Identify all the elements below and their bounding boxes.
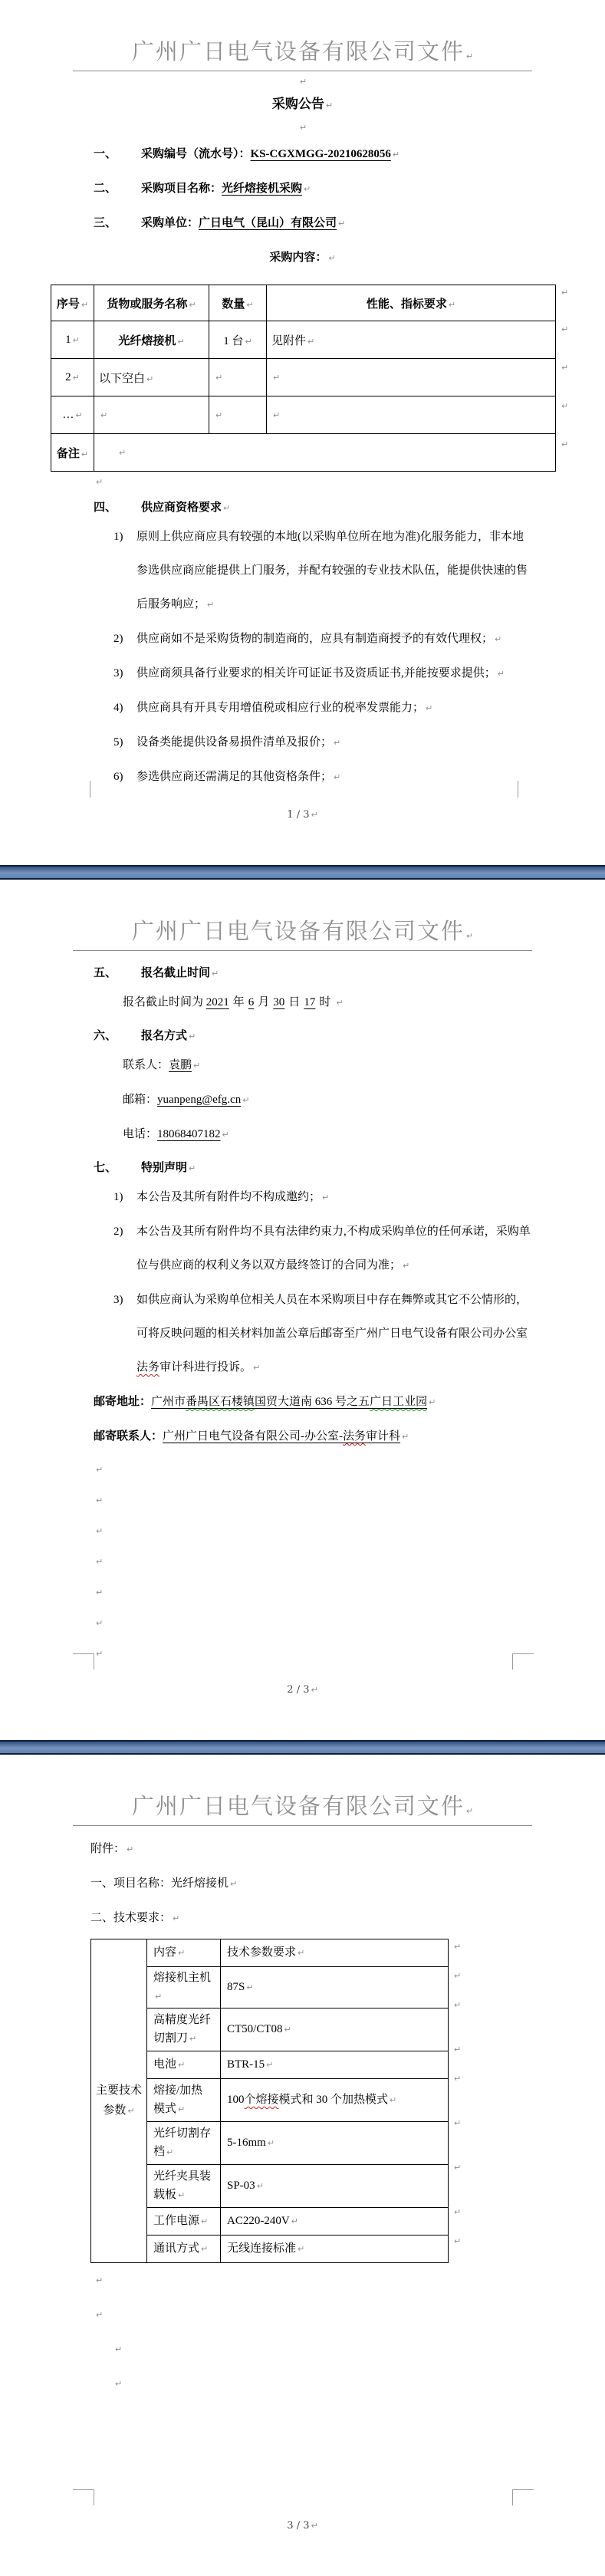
pilcrow-mark: ↵ [300, 72, 307, 92]
pilcrow-mark: ↵ [115, 2367, 122, 2401]
header-text: 数量 [222, 298, 245, 311]
pilcrow-mark: ↵ [466, 51, 473, 61]
empty-paragraph: ↵ [0, 2367, 605, 2401]
mail-contact-line: 邮寄联系人：广州广日电气设备有限公司-办公室-法务审计科↵ [0, 1420, 605, 1454]
pilcrow-mark: ↵ [268, 2134, 275, 2153]
list-number: 6) [113, 760, 123, 794]
pilcrow-mark: ↵ [253, 1351, 260, 1385]
header-text: 序号 [57, 298, 80, 311]
pilcrow-mark: ↵ [561, 400, 568, 438]
pilcrow-mark: ↵ [245, 337, 252, 347]
pilcrow-mark: ↵ [454, 2235, 461, 2264]
qualification-item: 1)原则上供应商应具有较强的本地(以采购单位所在地为准)化服务能力，非本地参选供… [0, 520, 605, 622]
section-title: 供应商资格要求 [141, 502, 222, 514]
pilcrow-mark: ↵ [322, 1181, 329, 1215]
cell-text: 见附件 [271, 335, 306, 347]
list-text: 供应商须具备行业要求的相关许可证证书及资质证书,并能按要求提供； [136, 667, 496, 679]
empty-paragraph: ↵ [0, 1607, 605, 1638]
pilcrow-mark: ↵ [178, 2186, 185, 2205]
company-title: 广州广日电气设备有限公司文件 [132, 920, 465, 944]
deadline-month: 6 [248, 996, 255, 1008]
section-ordinal: 四、 [94, 496, 141, 519]
list-text: 设备类能提供设备易损件清单及报价； [136, 736, 332, 748]
pilcrow-mark: ↵ [338, 207, 345, 241]
section4-heading: 四、供应商资格要求↵ [0, 496, 605, 520]
deadline-year: 2021 [206, 996, 229, 1008]
pilcrow-mark: ↵ [298, 1944, 304, 1962]
email-line: 邮箱：yuanpeng@efg.cn↵ [0, 1083, 605, 1117]
pilcrow-mark: ↵ [222, 1118, 229, 1152]
empty-paragraph: ↵ [0, 1454, 605, 1485]
pilcrow-mark: ↵ [215, 410, 222, 420]
tech-label-cell: 高精度光纤切割刀↵ [147, 2008, 221, 2051]
phone-line: 电话：18068407182↵ [0, 1117, 605, 1152]
tech-value-cell: 87S↵ [221, 1967, 449, 2008]
tech-label-cell: 内容↵ [147, 1939, 221, 1967]
deadline-hour: 17 [304, 996, 315, 1008]
pilcrow-mark: ↵ [300, 118, 307, 138]
cell-text: 无线连接标准 [227, 2242, 296, 2255]
deadline-day: 30 [273, 996, 284, 1008]
pilcrow-mark: ↵ [273, 373, 280, 383]
project-name-value: 光纤熔接机采购 [222, 183, 302, 195]
list-text: 供应商如不是采购货物的制造商的，应具有制造商授予的有效代理权； [136, 633, 493, 645]
empty-paragraph: ↵ [0, 1485, 605, 1515]
cell-text: 内容 [153, 1946, 176, 1959]
pilcrow-mark: ↵ [96, 472, 103, 492]
document-page-1: 广州广日电气设备有限公司文件↵ ↵ 采购公告↵ ↵ 一、采购编号（流水号）：KS… [0, 0, 605, 865]
cell-text: CT50/CT08 [227, 2023, 283, 2035]
pilcrow-mark: ↵ [454, 2117, 461, 2161]
document-page-2: 广州广日电气设备有限公司文件↵ 五、报名截止时间↵ 报名截止时间为 2021年6… [0, 880, 605, 1740]
contact-part-flagged: 法务 [343, 1430, 366, 1443]
purchaser-line: 三、采购单位：广日电气（昆山）有限公司↵ [0, 206, 605, 241]
qualification-item: 2)供应商如不是采购货物的制造商的，应具有制造商授予的有效代理权；↵ [0, 622, 605, 656]
pilcrow-mark: ↵ [212, 962, 219, 985]
address-part: 广州市 [151, 1396, 186, 1408]
address-part: 国贸大道南 636 号之五 [255, 1396, 370, 1408]
pilcrow-mark: ↵ [193, 1049, 200, 1083]
phone-value: 18068407182 [157, 1128, 221, 1140]
page-number: 1 / 3 [287, 809, 309, 821]
qualification-item: 3)供应商须具备行业要求的相关许可证证书及资质证书,并能按要求提供；↵ [0, 656, 605, 691]
pilcrow-mark: ↵ [146, 374, 153, 384]
pilcrow-mark: ↵ [127, 1833, 133, 1867]
empty-paragraph: ↵ [0, 2298, 605, 2332]
empty-paragraph: ↵ [0, 2332, 605, 2367]
attachment-item2-line: 二、技术要求：↵ [0, 1901, 605, 1936]
pilcrow-mark: ↵ [127, 2101, 134, 2121]
pilcrow-mark: ↵ [403, 1249, 409, 1283]
pilcrow-mark: ↵ [96, 1516, 103, 1547]
tech-value-cell: 技术参数要求↵ [221, 1939, 449, 1967]
empty-paragraph: ↵ [0, 1515, 605, 1546]
pilcrow-mark: ↵ [454, 2206, 461, 2235]
header-text: 货物或服务名称 [107, 298, 187, 311]
cell-text: 以下空白 [99, 373, 145, 385]
attachment-item1-line: 一、项目名称：光纤熔接机↵ [0, 1867, 605, 1901]
pilcrow-mark: ↵ [75, 410, 82, 420]
empty-paragraph: ↵ [0, 71, 605, 91]
margin-mark [518, 781, 518, 798]
contact-part: 广州广日电气设备有限公司-办公室- [163, 1430, 343, 1443]
pilcrow-mark: ↵ [311, 810, 317, 820]
pilcrow-mark: ↵ [207, 588, 214, 622]
list-text: 本公告及其所有附件均不具有法律约束力,不构成采购单位的任何承诺，采购单位与供应商… [136, 1225, 531, 1272]
item-label: 技术要求： [113, 1912, 171, 1924]
section-ordinal: 七、 [94, 1156, 141, 1179]
section5-heading: 五、报名截止时间↵ [0, 962, 605, 985]
deadline-month-unit: 月 [258, 996, 269, 1008]
pilcrow-mark: ↵ [246, 1979, 253, 1997]
cell-text: 工作电源 [153, 2215, 199, 2227]
pilcrow-mark: ↵ [284, 2021, 291, 2039]
table-note-row: 备注↵ ↵ [51, 434, 556, 472]
tech-value-cell: 100个熔接模式和 30 个加热模式↵ [221, 2079, 449, 2122]
pilcrow-mark: ↵ [96, 1608, 103, 1639]
empty-paragraph: ↵ [0, 1577, 605, 1607]
company-title: 广州广日电气设备有限公司文件 [132, 1795, 465, 1819]
tech-label-cell: 熔接机主机↵ [147, 1967, 221, 2008]
pilcrow-mark: ↵ [173, 1902, 179, 1936]
col-header-no: 序号↵ [51, 285, 94, 321]
section-title: 报名截止时间 [141, 967, 210, 979]
pilcrow-mark: ↵ [230, 1867, 237, 1901]
pilcrow-mark: ↵ [291, 2212, 298, 2231]
table-header-row: 序号↵ 货物或服务名称↵ 数量↵ 性能、指标要求↵ [51, 285, 556, 321]
note-value-cell: ↵ [94, 434, 556, 472]
cell-spec: 见附件↵ [267, 321, 556, 359]
pilcrow-mark: ↵ [393, 138, 399, 172]
item-label: 采购单位： [141, 217, 199, 229]
side-header-text: 主要技术参数 [96, 2084, 142, 2117]
pilcrow-mark: ↵ [119, 448, 126, 458]
content-heading: 采购内容： [269, 252, 327, 264]
header-text: 性能、指标要求 [367, 298, 447, 311]
pilcrow-mark: ↵ [498, 657, 505, 691]
pilcrow-mark: ↵ [304, 173, 311, 206]
list-number: 3) [113, 1283, 123, 1317]
letterhead: 广州广日电气设备有限公司文件↵ [73, 38, 532, 71]
cell-text [99, 446, 108, 459]
tech-side-header-cell: 主要技术参数↵ [91, 1939, 147, 2263]
cell-text: 通讯方式 [153, 2242, 199, 2255]
empty-paragraph: ↵ [0, 1546, 605, 1577]
list-text: 供应商具有开具专用增值税或相应行业的税率发票能力； [136, 702, 424, 714]
cell-text: 技术参数要求 [227, 1946, 296, 1959]
phone-label: 电话： [123, 1128, 157, 1140]
qualification-item: 5)设备类能提供设备易损件清单及报价；↵ [0, 725, 605, 760]
cell-qty: ↵ [209, 359, 267, 396]
contact-name: 袁鹏 [169, 1059, 192, 1071]
margin-corner-mark [73, 2489, 94, 2505]
pilcrow-mark: ↵ [189, 1025, 196, 1048]
company-title: 广州广日电气设备有限公司文件 [132, 40, 465, 64]
list-text: 本公告及其所有附件均不构成邀约； [136, 1191, 321, 1203]
pilcrow-mark: ↵ [215, 373, 222, 383]
announcement-title-line: 采购公告↵ [0, 93, 605, 117]
tech-label-cell: 熔接/加热模式↵ [147, 2079, 221, 2122]
list-text: 原则上供应商应具有较强的本地(以采购单位所在地为准)化服务能力，非本地参选供应商… [136, 531, 528, 610]
content-heading-line: 采购内容：↵ [0, 241, 605, 275]
pilcrow-mark: ↵ [561, 286, 568, 323]
tech-value-cell: BTR-15↵ [221, 2051, 449, 2079]
pilcrow-mark: ↵ [73, 335, 80, 345]
tech-value-cell: SP-03↵ [221, 2165, 449, 2208]
tech-value-cell: AC220-240V↵ [221, 2208, 449, 2235]
tech-label-cell: 通讯方式↵ [147, 2235, 221, 2263]
list-number: 3) [113, 656, 123, 690]
note-label-cell: 备注↵ [51, 434, 94, 472]
pilcrow-mark: ↵ [561, 361, 568, 400]
document-page-3: 广州广日电气设备有限公司文件↵ 附件：↵ 一、项目名称：光纤熔接机↵ 二、技术要… [0, 1755, 605, 2576]
pilcrow-mark: ↵ [81, 449, 88, 459]
list-number: 2) [113, 1215, 123, 1249]
attachment-line: 附件：↵ [0, 1832, 605, 1867]
margin-corner-mark [73, 1653, 94, 1670]
tech-table: 主要技术参数↵ 内容↵ 技术参数要求↵ 熔接机主机↵ 87S↵ 高精度光纤切割刀… [90, 1939, 449, 2263]
pilcrow-mark: ↵ [336, 986, 343, 1020]
cell-no: …↵ [51, 396, 94, 434]
cell-text: AC220-240V [227, 2215, 290, 2227]
email-label: 邮箱： [123, 1094, 157, 1106]
cell-text: 光纤切割存档 [153, 2127, 211, 2158]
margin-mark [90, 781, 90, 798]
page-number: 2 / 3 [287, 1684, 309, 1696]
pilcrow-mark: ↵ [246, 300, 253, 310]
pilcrow-mark: ↵ [178, 2101, 185, 2119]
pilcrow-mark: ↵ [298, 2240, 304, 2259]
pilcrow-mark: ↵ [449, 300, 455, 310]
address-part-flagged: 番禺区石楼镇 [186, 1396, 255, 1408]
section-title: 报名方式 [141, 1030, 187, 1042]
pilcrow-mark: ↵ [561, 438, 568, 476]
pilcrow-mark: ↵ [96, 1455, 103, 1485]
pilcrow-mark: ↵ [454, 2161, 461, 2206]
page-footer: 1 / 3↵ [0, 809, 605, 821]
procurement-number-line: 一、采购编号（流水号）：KS-CGXMGG-20210628056↵ [0, 137, 605, 172]
cell-spec: ↵ [267, 396, 556, 434]
section-ordinal: 六、 [94, 1025, 141, 1048]
tech-label-cell: 光纤切割存档↵ [147, 2122, 221, 2165]
procurement-number-value: KS-CGXMGG-20210628056 [251, 148, 391, 160]
pilcrow-mark: ↵ [96, 1547, 103, 1578]
address-part-flagged: 广日工业园 [370, 1396, 427, 1408]
pilcrow-mark: ↵ [466, 931, 473, 941]
qualification-item: 6)参选供应商还需满足的其他资格条件；↵ [0, 760, 605, 795]
contact-part: 审计科 [366, 1430, 400, 1443]
list-number: 4) [113, 691, 123, 725]
cell-text: 2 [65, 371, 71, 383]
margin-corner-mark [512, 1653, 534, 1670]
list-number: 2) [113, 622, 123, 656]
pilcrow-mark: ↵ [178, 1944, 185, 1962]
goods-table-wrapper: 序号↵ 货物或服务名称↵ 数量↵ 性能、指标要求↵ 1↵ 光纤熔接机↵ 1 台↵… [51, 285, 587, 472]
section6-heading: 六、报名方式↵ [0, 1025, 605, 1048]
item-ordinal: 二、 [94, 172, 141, 206]
cell-text: 熔接机主机 [153, 1972, 211, 1984]
list-number: 1) [113, 1180, 123, 1214]
margin-corner-mark [512, 2489, 534, 2505]
tech-value-cell: 5-16mm↵ [221, 2122, 449, 2165]
page-number: 3 / 3 [287, 2520, 309, 2532]
statement-item: 3)如供应商认为采购单位相关人员在本采购项目中存在舞弊或其它不公情形的，可将反映… [0, 1283, 605, 1385]
cell-no: 1↵ [51, 321, 94, 359]
item-value: 光纤熔接机 [171, 1877, 229, 1890]
pilcrow-mark: ↵ [334, 726, 340, 760]
col-header-name: 货物或服务名称↵ [94, 285, 209, 321]
section7-heading: 七、特别声明↵ [0, 1156, 605, 1180]
pilcrow-mark: ↵ [189, 300, 196, 310]
col-header-qty: 数量↵ [209, 285, 267, 321]
project-name-line: 二、采购项目名称：光纤熔接机采购↵ [0, 172, 605, 206]
pilcrow-mark: ↵ [96, 2263, 103, 2298]
pilcrow-mark: ↵ [311, 2521, 317, 2531]
tech-label-cell: 电池↵ [147, 2051, 221, 2079]
contact-label: 联系人： [123, 1059, 169, 1071]
tech-value-cell: CT50/CT08↵ [221, 2008, 449, 2051]
pilcrow-mark: ↵ [96, 2298, 103, 2332]
page-separator [0, 865, 605, 880]
section-title: 特别声明 [141, 1162, 187, 1174]
cell-name: ↵ [94, 396, 209, 434]
statement-item: 2)本公告及其所有附件均不具有法律约束力,不构成采购单位的任何承诺，采购单位与供… [0, 1215, 605, 1283]
pilcrow-mark: ↵ [115, 2332, 122, 2367]
pilcrow-mark: ↵ [334, 761, 340, 795]
cell-text: 100 [227, 2094, 245, 2106]
goods-table: 序号↵ 货物或服务名称↵ 数量↵ 性能、指标要求↵ 1↵ 光纤熔接机↵ 1 台↵… [51, 285, 556, 472]
cell-name: 以下空白↵ [94, 359, 209, 396]
cell-spec: ↵ [267, 359, 556, 396]
list-number: 1) [113, 520, 123, 554]
pilcrow-mark: ↵ [81, 300, 88, 310]
mail-address-line: 邮寄地址：广州市番禺区石楼镇国贸大道南 636 号之五广日工业园↵ [0, 1385, 605, 1420]
cell-qty: ↵ [209, 396, 267, 434]
pilcrow-mark: ↵ [326, 94, 333, 117]
pilcrow-mark: ↵ [201, 2212, 208, 2231]
pilcrow-mark: ↵ [178, 2056, 185, 2074]
pilcrow-mark: ↵ [429, 1386, 436, 1420]
email-value: yuanpeng@efg.cn [157, 1094, 241, 1106]
item-ordinal: 一、 [94, 137, 141, 171]
pilcrow-mark: ↵ [155, 1988, 162, 2006]
pilcrow-mark: ↵ [454, 2072, 461, 2117]
table-row: 2↵ 以下空白↵ ↵ ↵ [51, 359, 556, 396]
pilcrow-mark: ↵ [266, 2056, 273, 2074]
empty-paragraph: ↵ [0, 117, 605, 137]
item-ordinal: 二、 [90, 1912, 113, 1924]
cell-text: BTR-15 [227, 2058, 265, 2071]
tech-label-cell: 工作电源↵ [147, 2208, 221, 2235]
pilcrow-mark: ↵ [189, 2030, 196, 2048]
pilcrow-mark: ↵ [96, 1578, 103, 1608]
deadline-prefix: 报名截止时间为 [123, 996, 203, 1008]
table-row: 1↵ 光纤熔接机↵ 1 台↵ 见附件↵ [51, 321, 556, 359]
list-text-misspelled: 法务 [136, 1361, 159, 1374]
table-row: …↵ ↵ ↵ ↵ [51, 396, 556, 434]
cell-text: 光纤熔接机 [118, 335, 176, 347]
item-label: 采购项目名称： [141, 183, 222, 195]
deadline-hour-unit: 时 [319, 996, 330, 1008]
pilcrow-mark: ↵ [454, 1999, 461, 2043]
pilcrow-mark: ↵ [100, 410, 107, 420]
pilcrow-mark: ↵ [242, 1084, 249, 1117]
pilcrow-mark: ↵ [96, 1485, 103, 1516]
letterhead: 广州广日电气设备有限公司文件↵ [73, 1793, 532, 1826]
announcement-title: 采购公告 [272, 97, 324, 111]
cell-text: 模式和 30 个加热模式 [279, 2094, 389, 2106]
pilcrow-mark: ↵ [402, 1420, 409, 1454]
cell-text: SP-03 [227, 2180, 255, 2192]
cell-text: 电池 [153, 2058, 176, 2071]
cell-no: 2↵ [51, 359, 94, 396]
cell-qty: 1 台↵ [209, 321, 267, 359]
item-ordinal: 三、 [94, 206, 141, 240]
pilcrow-mark: ↵ [166, 2143, 173, 2162]
pilcrow-mark: ↵ [311, 1685, 317, 1695]
pilcrow-mark: ↵ [390, 2091, 396, 2110]
mail-contact-value: 广州广日电气设备有限公司-办公室-法务审计科 [163, 1430, 400, 1443]
list-number: 5) [113, 725, 123, 759]
pilcrow-mark: ↵ [454, 1940, 461, 1969]
page-footer: 3 / 3↵ [0, 2520, 605, 2532]
pilcrow-mark: ↵ [454, 2043, 461, 2072]
pilcrow-mark: ↵ [466, 1806, 473, 1816]
cell-name: 光纤熔接机↵ [94, 321, 209, 359]
pilcrow-mark: ↵ [454, 1969, 461, 1999]
cell-text: 备注 [57, 448, 80, 460]
cell-text: 高精度光纤切割刀 [153, 2014, 211, 2045]
section-ordinal: 五、 [94, 962, 141, 985]
pilcrow-mark: ↵ [177, 337, 184, 347]
mail-address-value: 广州市番禺区石楼镇国贸大道南 636 号之五广日工业园 [151, 1396, 427, 1408]
item-label: 采购编号（流水号）： [141, 148, 251, 160]
tech-value-cell: 无线连接标准↵ [221, 2235, 449, 2263]
contact-line: 联系人：袁鹏↵ [0, 1048, 605, 1083]
pilcrow-mark: ↵ [189, 1157, 196, 1180]
statement-item: 1)本公告及其所有附件均不构成邀约；↵ [0, 1180, 605, 1215]
item-ordinal: 一、 [90, 1877, 113, 1890]
cell-text-misspelled: 个熔接 [245, 2094, 279, 2106]
cell-text: 1 台 [223, 335, 243, 347]
list-text: 参选供应商还需满足的其他资格条件； [136, 771, 332, 783]
deadline-year-unit: 年 [233, 996, 245, 1008]
pilcrow-mark: ↵ [273, 410, 280, 420]
empty-paragraph: ↵ [0, 2263, 605, 2298]
page-separator [0, 1740, 605, 1755]
list-text: 审计科进行投诉。 [159, 1361, 252, 1374]
pilcrow-mark: ↵ [561, 323, 568, 361]
cell-text: 5-16mm [227, 2137, 266, 2149]
deadline-day-unit: 日 [288, 996, 300, 1008]
pilcrow-mark: ↵ [73, 373, 80, 383]
pilcrow-mark: ↵ [223, 497, 230, 520]
pilcrow-mark: ↵ [328, 242, 335, 275]
empty-paragraph: ↵ [0, 472, 605, 492]
list-text: 如供应商认为采购单位相关人员在本采购项目中存在舞弊或其它不公情形的，可将反映问题… [136, 1294, 528, 1340]
pilcrow-mark: ↵ [257, 2177, 264, 2196]
page-footer: 2 / 3↵ [0, 1684, 605, 1696]
deadline-line: 报名截止时间为 2021年6月30日17时↵ [0, 985, 605, 1020]
row-end-marks: ↵ ↵ ↵ ↵ ↵ [560, 286, 568, 476]
letterhead: 广州广日电气设备有限公司文件↵ [73, 918, 532, 951]
row-end-marks: ↵ ↵ ↵ ↵ ↵ ↵ ↵ ↵ ↵ [452, 1940, 461, 2264]
col-header-spec: 性能、指标要求↵ [267, 285, 556, 321]
mail-address-label: 邮寄地址： [94, 1396, 151, 1408]
tech-label-cell: 光纤夹具装载板↵ [147, 2165, 221, 2208]
pilcrow-mark: ↵ [426, 692, 432, 725]
tech-row: 主要技术参数↵ 内容↵ 技术参数要求↵ [91, 1939, 449, 1967]
